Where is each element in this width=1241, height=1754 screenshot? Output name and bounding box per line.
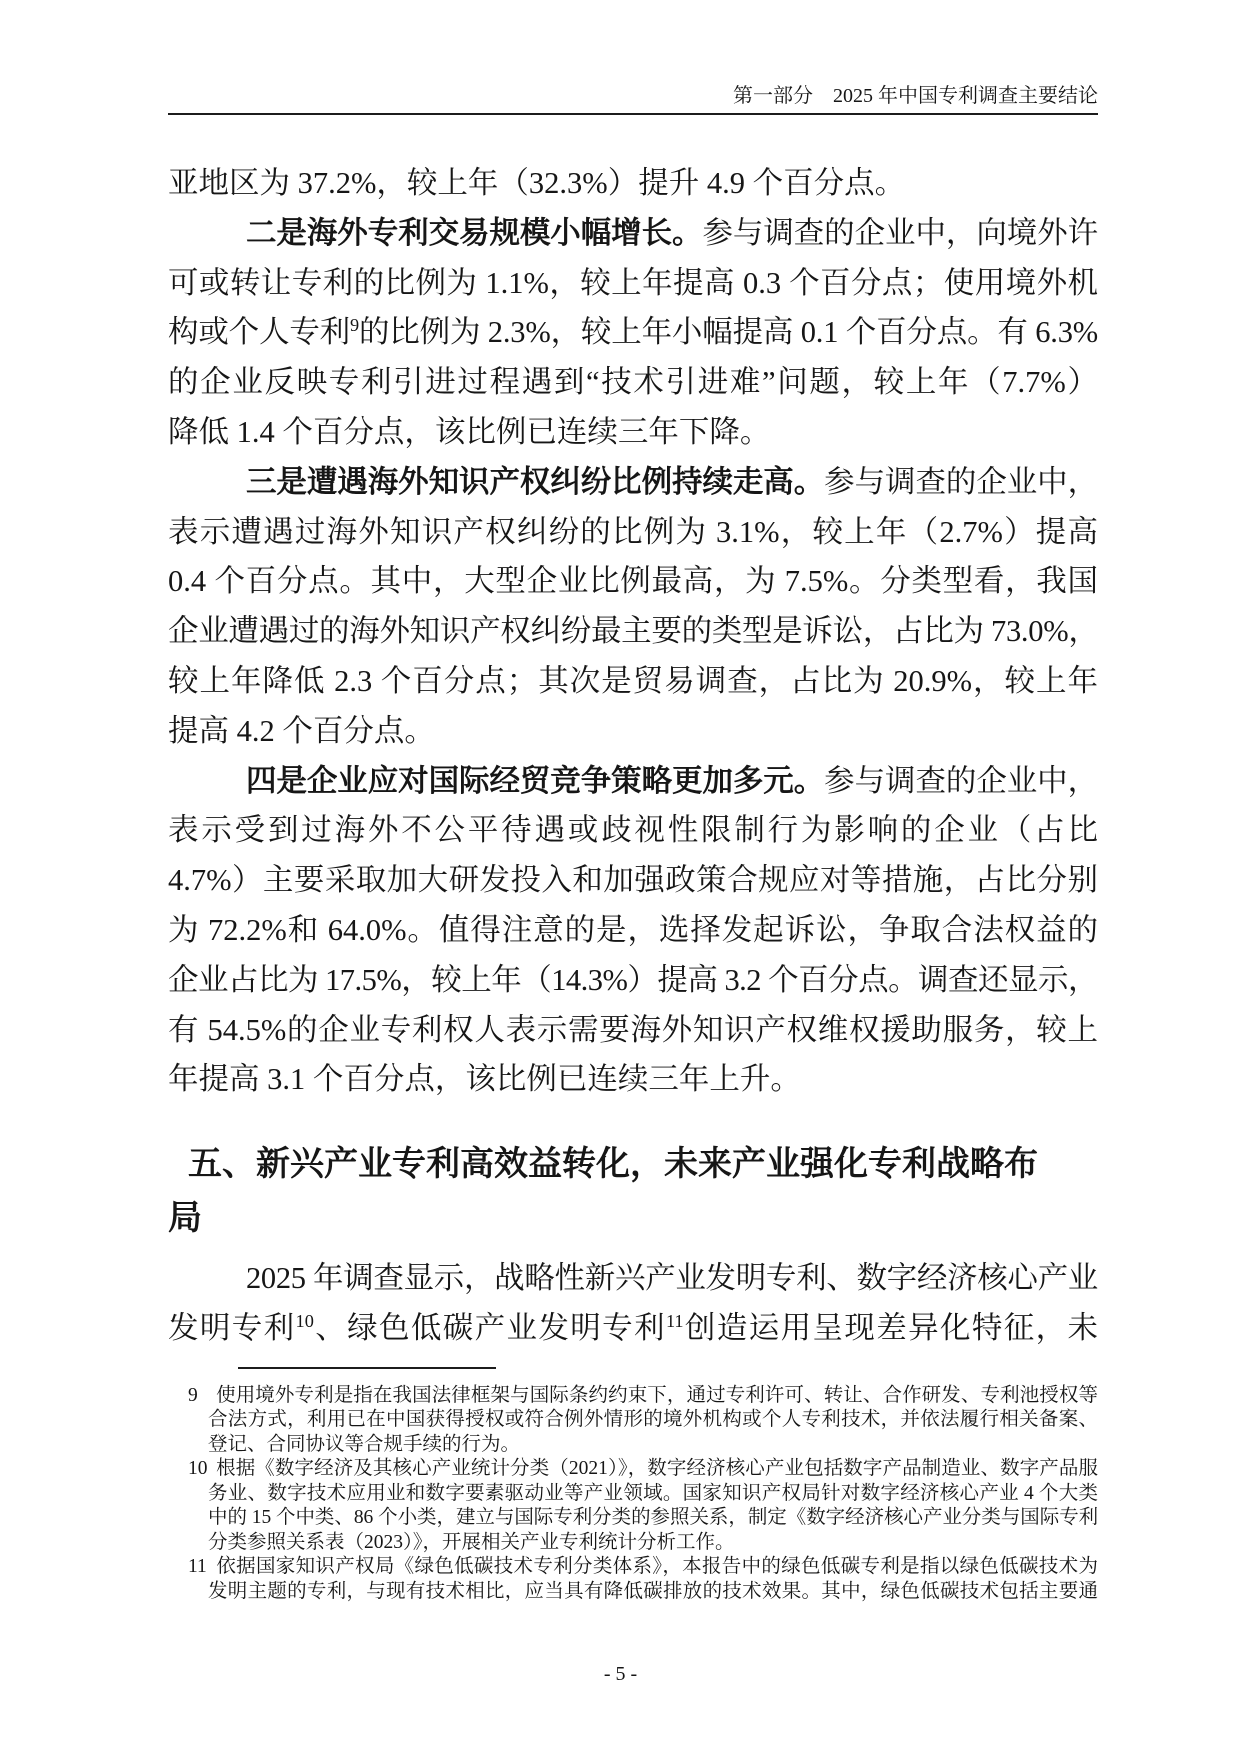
text-line: 发明专利10、绿色低碳产业发明专利11创造运用呈现差异化特征，未 bbox=[168, 1304, 1098, 1354]
text-line: 构或个人专利9的比例为 2.3%，较上年小幅提高 0.1 个百分点。有 6.3% bbox=[168, 308, 1098, 358]
footnote-line: 合法方式，利用已在中国获得授权或符合例外情形的境外机构或个人专利技术，并依法履行… bbox=[208, 1408, 1098, 1433]
footnote-line: 10根据《数字经济及其核心产业统计分类（2021）》，数字经济核心产业包括数字产… bbox=[188, 1457, 1098, 1482]
text-segment: 0.4 个百分点。其中，大型企业比例最高，为 7.5%。分类型看，我国 bbox=[168, 564, 1098, 598]
footnote-separator bbox=[238, 1367, 496, 1369]
text-line: 0.4 个百分点。其中，大型企业比例最高，为 7.5%。分类型看，我国 bbox=[168, 557, 1098, 607]
paragraph: 亚地区为 37.2%，较上年（32.3%）提升 4.9 个百分点。 bbox=[168, 159, 1098, 209]
text-segment: 表示受到过海外不公平待遇或歧视性限制行为影响的企业（占比 bbox=[168, 813, 1098, 847]
text-line: 降低 1.4 个百分点，该比例已连续三年下降。 bbox=[168, 408, 1098, 458]
document-body: 亚地区为 37.2%，较上年（32.3%）提升 4.9 个百分点。二是海外专利交… bbox=[168, 159, 1098, 1354]
bold-lead-in: 三是遭遇海外知识产权纠纷比例持续走高。 bbox=[246, 465, 824, 499]
text-segment: 五、新兴产业专利高效益转化，未来产业强化专利战略布 bbox=[188, 1145, 1038, 1183]
footnote-ref: 10 bbox=[296, 1311, 314, 1331]
text-line: 表示遭遇过海外知识产权纠纷的比例为 3.1%，较上年（2.7%）提高 bbox=[168, 508, 1098, 558]
section-heading: 五、新兴产业专利高效益转化，未来产业强化专利战略布局 bbox=[168, 1137, 1098, 1245]
footnote-line: 务业、数字技术应用业和数字要素驱动业等产业领域。国家知识产权局针对数字经济核心产… bbox=[208, 1482, 1098, 1507]
text-line: 为 72.2%和 64.0%。值得注意的是，选择发起诉讼，争取合法权益的 bbox=[168, 906, 1098, 956]
text-segment: 有 54.5%的企业专利权人表示需要海外知识产权维权援助服务，较上 bbox=[168, 1013, 1098, 1047]
text-segment: 局 bbox=[168, 1199, 202, 1237]
text-line: 4.7%）主要采取加大研发投入和加强政策合规应对等措施，占比分别 bbox=[168, 856, 1098, 906]
text-segment: 降低 1.4 个百分点，该比例已连续三年下降。 bbox=[168, 415, 770, 449]
text-segment: 发明专利 bbox=[168, 1311, 296, 1345]
text-line: 企业占比为 17.5%，较上年（14.3%）提高 3.2 个百分点。调查还显示， bbox=[168, 956, 1098, 1006]
page-number: - 5 - bbox=[604, 1663, 637, 1685]
text-segment: 企业占比为 17.5%，较上年（14.3%）提高 3.2 个百分点。调查还显示， bbox=[168, 963, 1098, 997]
content-column: 第一部分 2025 年中国专利调查主要结论 亚地区为 37.2%，较上年（32.… bbox=[168, 0, 1098, 1604]
footnote-number: 10 bbox=[188, 1457, 216, 1482]
text-line: 2025 年调查显示，战略性新兴产业发明专利、数字经济核心产业 bbox=[168, 1254, 1098, 1304]
paragraph: 二是海外专利交易规模小幅增长。参与调查的企业中，向境外许可或转让专利的比例为 1… bbox=[168, 209, 1098, 458]
text-line: 亚地区为 37.2%，较上年（32.3%）提升 4.9 个百分点。 bbox=[168, 159, 1098, 209]
footnote: 11依据国家知识产权局《绿色低碳技术专利分类体系》，本报告中的绿色低碳专利是指以… bbox=[188, 1555, 1098, 1604]
section-heading-line: 五、新兴产业专利高效益转化，未来产业强化专利战略布 bbox=[168, 1137, 1098, 1191]
text-line: 的企业反映专利引进过程遇到“技术引进难”问题，较上年（7.7%） bbox=[168, 358, 1098, 408]
text-segment: 构或个人专利 bbox=[168, 315, 350, 349]
text-segment: 为 72.2%和 64.0%。值得注意的是，选择发起诉讼，争取合法权益的 bbox=[168, 913, 1098, 947]
text-segment: 、绿色低碳产业发明专利 bbox=[314, 1311, 666, 1345]
text-line: 年提高 3.1 个百分点，该比例已连续三年上升。 bbox=[168, 1055, 1098, 1105]
text-line: 较上年降低 2.3 个百分点；其次是贸易调查，占比为 20.9%，较上年 bbox=[168, 657, 1098, 707]
page-footer: - 5 - bbox=[0, 1662, 1241, 1686]
footnote-number: 11 bbox=[188, 1555, 216, 1580]
footnote-line: 分类参照关系表（2023）》，开展相关产业专利统计分析工作。 bbox=[208, 1531, 1098, 1556]
footnote-line: 发明主题的专利，与现有技术相比，应当具有降低碳排放的技术效果。其中，绿色低碳技术… bbox=[208, 1580, 1098, 1605]
text-segment: 参与调查的企业中， bbox=[824, 764, 1098, 798]
footnote-ref: 11 bbox=[666, 1311, 684, 1331]
text-segment: 参与调查的企业中， bbox=[824, 465, 1098, 499]
paragraph: 三是遭遇海外知识产权纠纷比例持续走高。参与调查的企业中，表示遭遇过海外知识产权纠… bbox=[168, 458, 1098, 757]
text-line: 有 54.5%的企业专利权人表示需要海外知识产权维权援助服务，较上 bbox=[168, 1006, 1098, 1056]
text-line: 四是企业应对国际经贸竞争策略更加多元。参与调查的企业中， bbox=[168, 757, 1098, 807]
footnote-number: 9 bbox=[188, 1384, 216, 1409]
text-segment: 表示遭遇过海外知识产权纠纷的比例为 3.1%，较上年（2.7%）提高 bbox=[168, 515, 1098, 549]
paragraph: 2025 年调查显示，战略性新兴产业发明专利、数字经济核心产业发明专利10、绿色… bbox=[168, 1254, 1098, 1354]
text-segment: 可或转让专利的比例为 1.1%，较上年提高 0.3 个百分点；使用境外机 bbox=[168, 266, 1098, 300]
footnote-line: 中的 15 个中类、86 个小类，建立与国际专利分类的参照关系，制定《数字经济核… bbox=[208, 1506, 1098, 1531]
text-line: 表示受到过海外不公平待遇或歧视性限制行为影响的企业（占比 bbox=[168, 806, 1098, 856]
footnote-line: 9使用境外专利是指在我国法律框架与国际条约约束下，通过专利许可、转让、合作研发、… bbox=[188, 1384, 1098, 1409]
document-page: 第一部分 2025 年中国专利调查主要结论 亚地区为 37.2%，较上年（32.… bbox=[0, 0, 1241, 1754]
text-segment: 2025 年调查显示，战略性新兴产业发明专利、数字经济核心产业 bbox=[246, 1261, 1098, 1295]
text-segment: 参与调查的企业中，向境外许 bbox=[702, 216, 1098, 250]
paragraph: 四是企业应对国际经贸竞争策略更加多元。参与调查的企业中，表示受到过海外不公平待遇… bbox=[168, 757, 1098, 1106]
text-segment: 较上年降低 2.3 个百分点；其次是贸易调查，占比为 20.9%，较上年 bbox=[168, 664, 1098, 698]
text-segment: 的企业反映专利引进过程遇到“技术引进难”问题，较上年（7.7%） bbox=[168, 365, 1098, 399]
text-line: 三是遭遇海外知识产权纠纷比例持续走高。参与调查的企业中， bbox=[168, 458, 1098, 508]
footnotes: 9使用境外专利是指在我国法律框架与国际条约约束下，通过专利许可、转让、合作研发、… bbox=[188, 1384, 1098, 1605]
section-heading-line: 局 bbox=[168, 1191, 1098, 1245]
text-segment: 年提高 3.1 个百分点，该比例已连续三年上升。 bbox=[168, 1062, 801, 1096]
header-title: 第一部分 2025 年中国专利调查主要结论 bbox=[733, 85, 1098, 107]
bold-lead-in: 四是企业应对国际经贸竞争策略更加多元。 bbox=[246, 764, 824, 798]
text-line: 提高 4.2 个百分点。 bbox=[168, 707, 1098, 757]
text-line: 企业遭遇过的海外知识产权纠纷最主要的类型是诉讼，占比为 73.0%， bbox=[168, 607, 1098, 657]
page-header: 第一部分 2025 年中国专利调查主要结论 bbox=[168, 0, 1098, 115]
text-segment: 提高 4.2 个百分点。 bbox=[168, 714, 435, 748]
text-segment: 亚地区为 37.2%，较上年（32.3%）提升 4.9 个百分点。 bbox=[168, 166, 905, 200]
footnote-line: 11依据国家知识产权局《绿色低碳技术专利分类体系》，本报告中的绿色低碳专利是指以… bbox=[188, 1555, 1098, 1580]
footnote: 10根据《数字经济及其核心产业统计分类（2021）》，数字经济核心产业包括数字产… bbox=[188, 1457, 1098, 1555]
footnote-ref: 9 bbox=[350, 315, 359, 335]
footnote-line: 登记、合同协议等合规手续的行为。 bbox=[208, 1433, 1098, 1458]
bold-lead-in: 二是海外专利交易规模小幅增长。 bbox=[246, 216, 702, 250]
footnote: 9使用境外专利是指在我国法律框架与国际条约约束下，通过专利许可、转让、合作研发、… bbox=[188, 1384, 1098, 1458]
text-segment: 企业遭遇过的海外知识产权纠纷最主要的类型是诉讼，占比为 73.0%， bbox=[168, 614, 1098, 648]
text-segment: 4.7%）主要采取加大研发投入和加强政策合规应对等措施，占比分别 bbox=[168, 863, 1098, 897]
text-segment: 的比例为 2.3%，较上年小幅提高 0.1 个百分点。有 6.3% bbox=[359, 315, 1098, 349]
text-line: 可或转让专利的比例为 1.1%，较上年提高 0.3 个百分点；使用境外机 bbox=[168, 259, 1098, 309]
text-segment: 创造运用呈现差异化特征，未 bbox=[684, 1311, 1098, 1345]
text-line: 二是海外专利交易规模小幅增长。参与调查的企业中，向境外许 bbox=[168, 209, 1098, 259]
